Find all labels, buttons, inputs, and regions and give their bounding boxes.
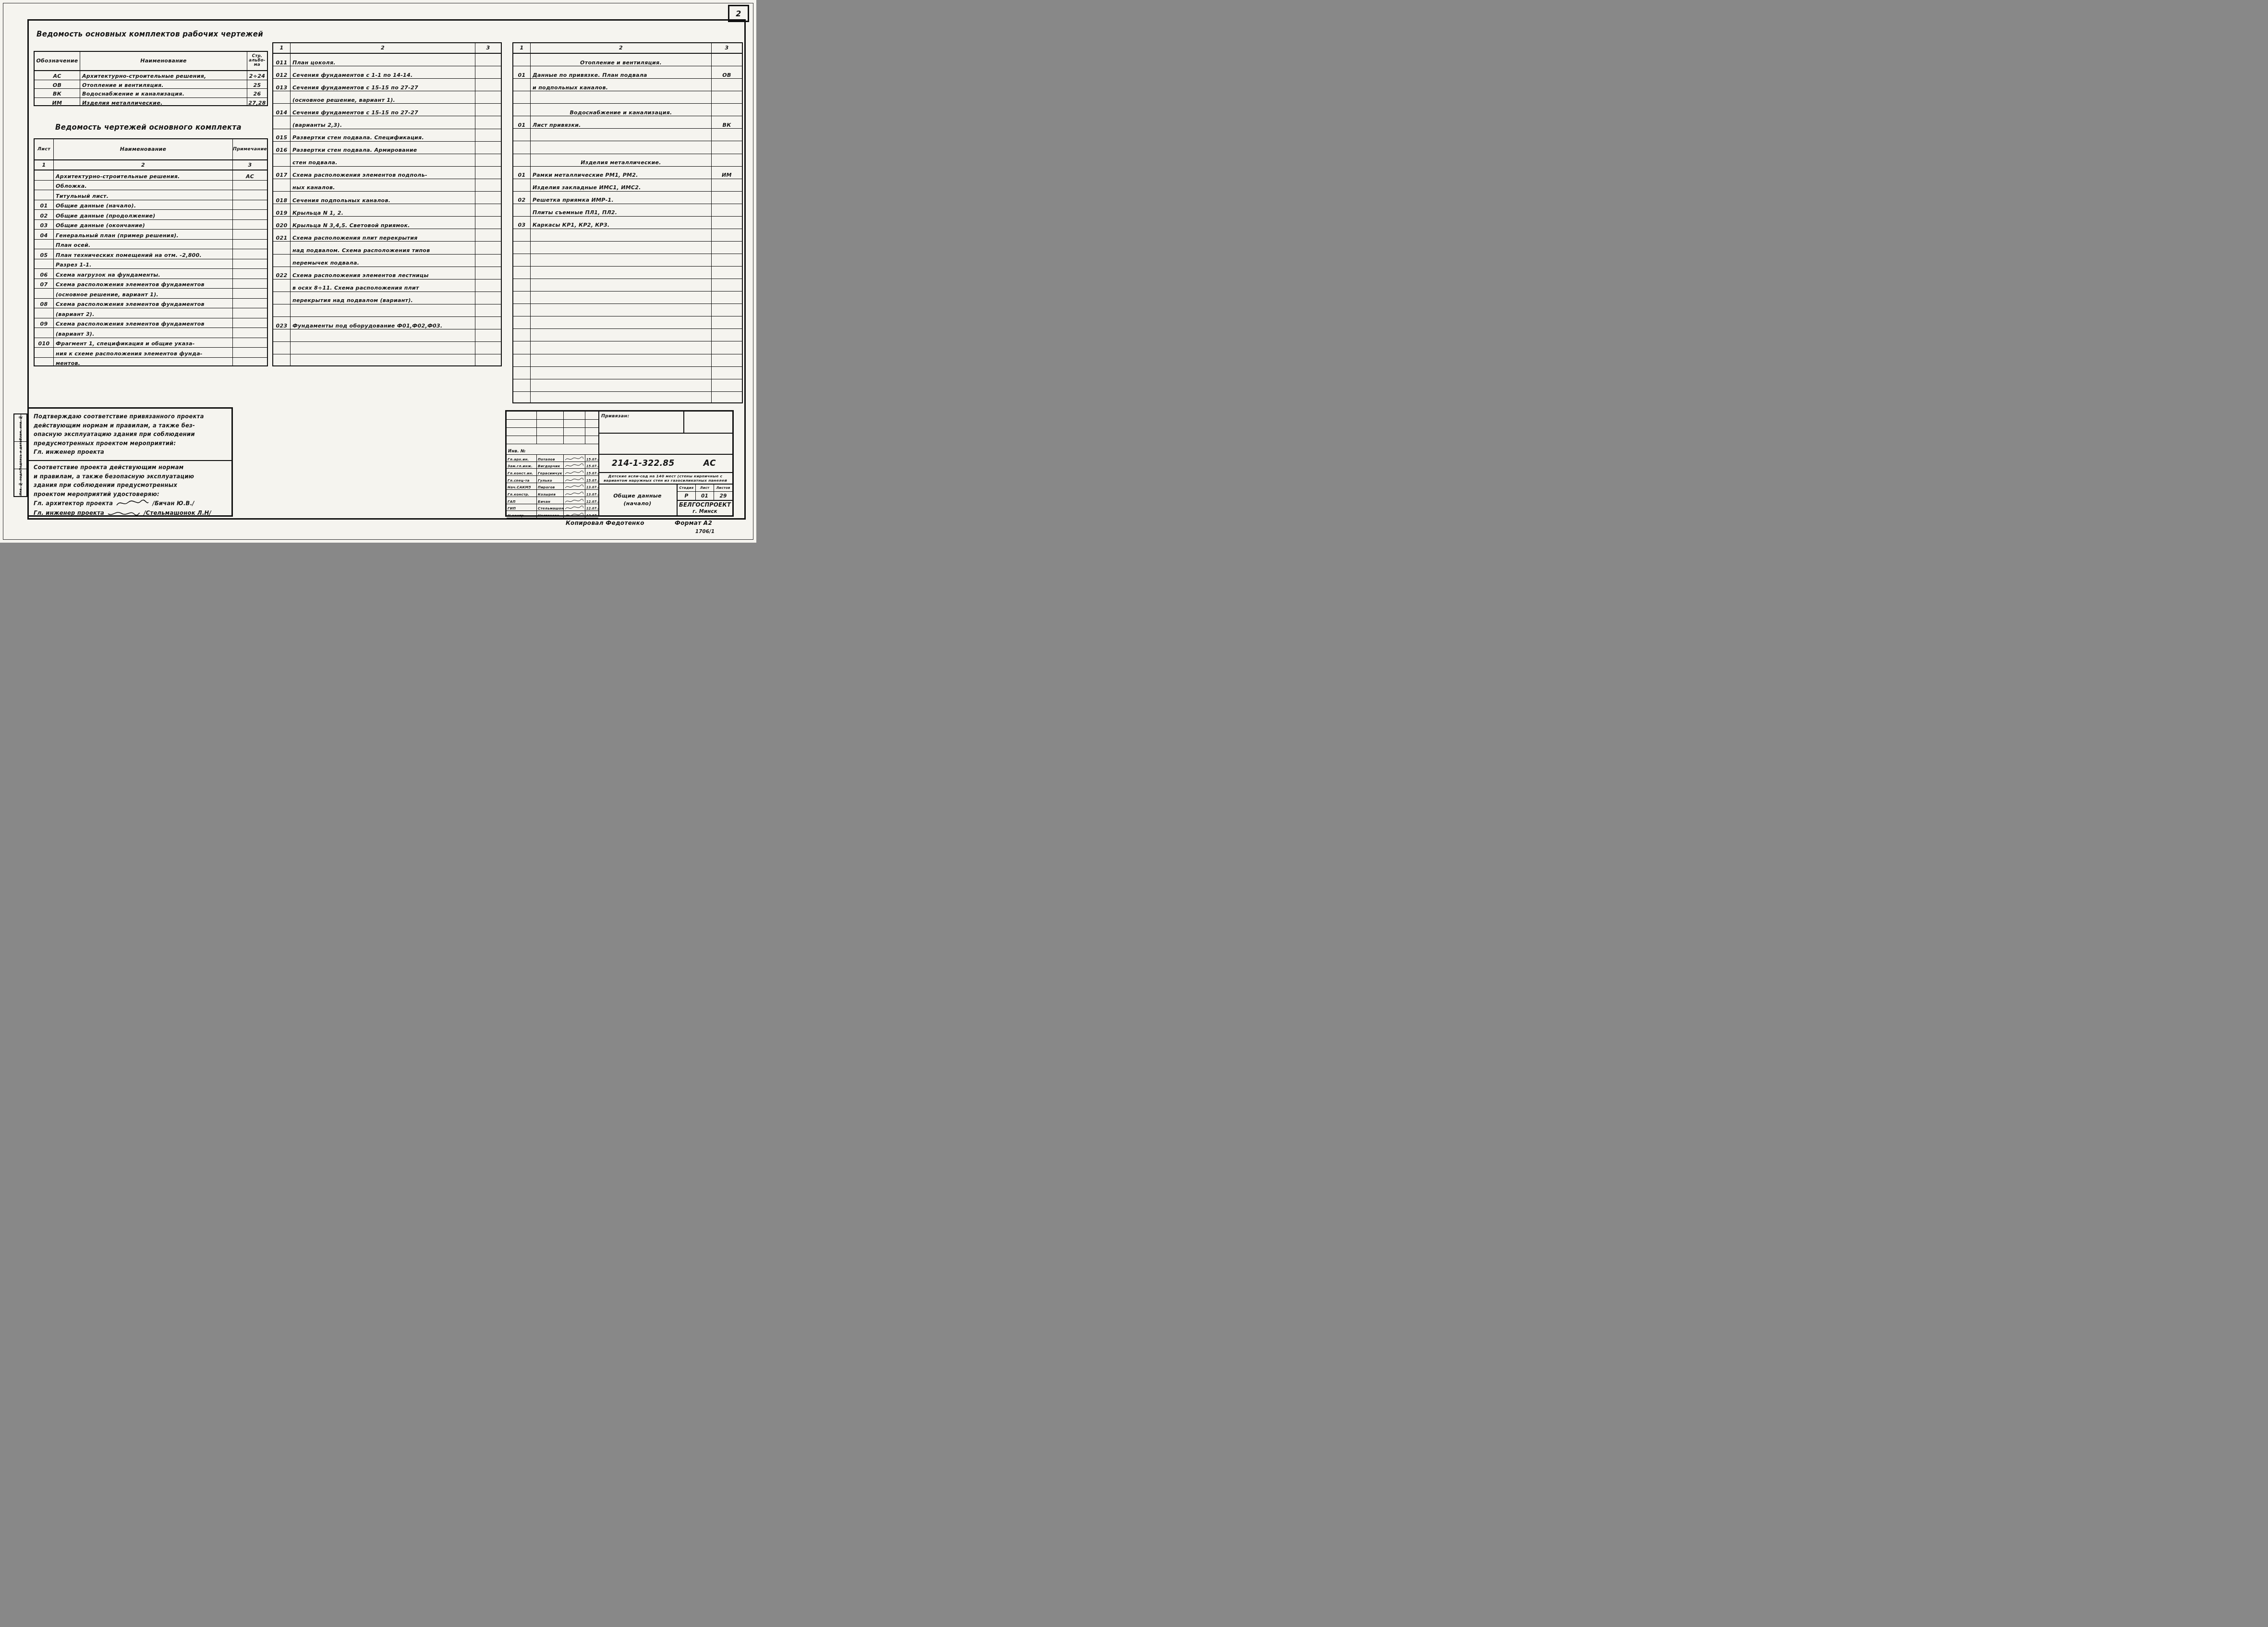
stage-table: Стадия Р Лист 01 Листов 29	[678, 485, 732, 501]
table-cell	[712, 354, 742, 366]
table-row: перекрытия над подвалом (вариант).	[273, 292, 501, 304]
table-cell: ментов.	[54, 358, 233, 367]
table-cell	[475, 342, 501, 354]
stamp-role: Гл.арх.ин.	[507, 455, 537, 462]
main-set-col-note: Примечание	[233, 139, 267, 159]
table-cell: АС	[233, 170, 267, 180]
table-row: 022Схема расположения элементов лестницы	[273, 267, 501, 279]
table-cell	[712, 304, 742, 316]
table-cell	[233, 210, 267, 219]
table-cell	[531, 129, 712, 141]
table-row	[513, 267, 742, 279]
table-cell: (вариант 3).	[54, 328, 233, 338]
table-cell: (вариант 2).	[54, 308, 233, 318]
table-row: 09Схема расположения элементов фундамент…	[35, 318, 267, 328]
stamp-date: 15.07.84	[585, 476, 598, 483]
stamp-signature-icon	[564, 511, 585, 518]
register-table-title: Ведомость основных комплектов рабочих че…	[36, 30, 263, 38]
table-cell	[513, 304, 531, 316]
column-numbers-row: 123	[273, 43, 501, 54]
table-cell	[712, 79, 742, 91]
table-cell: Крыльца N 3,4,5. Световой приямок.	[291, 217, 475, 229]
table-cell: Фундаменты под оборудование Ф01,Ф02,Ф03.	[291, 317, 475, 329]
table-cell: 01	[513, 167, 531, 179]
table-cell: ВК	[712, 116, 742, 128]
table-cell	[291, 342, 475, 354]
table-cell	[233, 338, 267, 348]
privyazan-label: Привязан:	[601, 413, 630, 419]
table-cell	[273, 279, 291, 291]
table-row: 02Общие данные (продолжение)	[35, 210, 267, 220]
table-row: 012Сечения фундаментов с 1-1 по 14-14.	[273, 66, 501, 79]
table-cell	[233, 279, 267, 289]
stamp-role: Гл.констр.	[507, 490, 537, 497]
table-row: 015Развертки стен подвала. Спецификация.	[273, 129, 501, 142]
table-cell	[475, 154, 501, 166]
stamp-date: 13.07.84	[585, 483, 598, 490]
stamp-empty-row	[598, 434, 732, 455]
table-cell	[513, 54, 531, 66]
table-cell	[513, 79, 531, 91]
text-line: Подтверждаю соответствие привязанного пр…	[34, 412, 228, 421]
table-cell: Изделия металлические.	[80, 98, 247, 106]
stamp-signature-icon	[564, 469, 585, 476]
table-cell: 019	[273, 204, 291, 216]
table-cell	[513, 91, 531, 103]
table-cell	[273, 304, 291, 316]
stage-value: Р	[678, 492, 695, 500]
table-cell: 021	[273, 229, 291, 241]
table-cell	[712, 141, 742, 153]
table-cell: Сечения подпольных каналов.	[291, 192, 475, 204]
table-cell: Данные по привязке. План подвала	[531, 66, 712, 78]
table-row: и подпольных каналов.	[513, 79, 742, 91]
table-cell	[531, 304, 712, 316]
stamp-role: Гл.спец-та	[507, 476, 537, 483]
table-row: 07Схема расположения элементов фундамент…	[35, 279, 267, 289]
table-row: (основное решение, вариант 1).	[35, 289, 267, 299]
table-cell	[273, 329, 291, 341]
engineer-signature-icon	[107, 509, 141, 517]
stamp-signature-icon	[564, 497, 585, 504]
table-cell: ИМ	[712, 167, 742, 179]
table-cell: 016	[273, 142, 291, 154]
table-cell	[273, 342, 291, 354]
table-row: 08Схема расположения элементов фундамент…	[35, 299, 267, 309]
title-block: Инв. № Гл.арх.ин.Потапов15.07.84Зам.гл.и…	[505, 410, 734, 517]
table-cell	[35, 348, 54, 357]
table-cell: Архитектурно-строительные решения,	[80, 71, 247, 80]
table-row: (основное решение, вариант 1).	[273, 91, 501, 104]
table-cell	[475, 267, 501, 279]
table-cell: Общие данные (продолжение)	[54, 210, 233, 219]
stamp-signature-icon	[564, 490, 585, 497]
register-col-name: Наименование	[80, 52, 247, 70]
table-row: 04Генеральный план (пример решения).	[35, 230, 267, 240]
table-cell: перекрытия над подвалом (вариант).	[291, 292, 475, 304]
drawing-sheet: 2 Ведомость основных комплектов рабочих …	[0, 0, 756, 543]
table-cell	[712, 154, 742, 166]
table-row: Архитектурно-строительные решения.АС	[35, 170, 267, 181]
stamp-signature-row: Гл.конст.ин.Герасимчук15.07.84	[507, 469, 598, 476]
stamp-name: Козырев	[537, 490, 564, 497]
stamp-signature-icon	[564, 483, 585, 490]
table-cell: Водоснабжение и канализация.	[531, 104, 712, 116]
table-row: (варианты 2,3).	[273, 116, 501, 129]
table-cell	[712, 217, 742, 229]
table-cell	[35, 328, 54, 338]
table-cell: Каркасы КР1, КР2, КР3.	[531, 217, 712, 229]
table-cell	[531, 279, 712, 291]
table-cell	[712, 91, 742, 103]
table-cell: АС	[35, 71, 80, 80]
table-cell: Схема расположения плит перекрытия	[291, 229, 475, 241]
table-cell	[233, 348, 267, 357]
table-cell	[475, 292, 501, 304]
stamp-role: ГАП	[507, 497, 537, 504]
table-cell	[712, 279, 742, 291]
continuation-table-middle: 123011План цоколя.012Сечения фундаментов…	[272, 42, 502, 366]
title-block-signature-grid: Инв. № Гл.арх.ин.Потапов15.07.84Зам.гл.и…	[507, 412, 598, 515]
table-cell: 03	[35, 220, 54, 230]
table-cell	[531, 141, 712, 153]
sheet-title: Общие данные(начало)	[598, 485, 678, 515]
table-cell: 03	[513, 217, 531, 229]
column-number: 3	[712, 43, 742, 53]
approval-note-2: Соответствие проекта действующим нормами…	[34, 463, 228, 498]
text-line: предусмотренных проектом мероприятий:	[34, 439, 228, 448]
stage-header: Стадия	[678, 485, 695, 492]
strip-cell: Инв. № подл.	[14, 469, 26, 496]
table-cell	[233, 299, 267, 308]
table-row: Изделия металлические.	[513, 154, 742, 167]
side-stamp-strip: Взам. инв. №Подпись и датаИнв. № подл.	[13, 413, 27, 497]
table-row: над подвалом. Схема расположения типов	[273, 242, 501, 254]
main-set-table-title: Ведомость чертежей основного комплекта	[55, 123, 242, 132]
table-cell: (основное решение, вариант 1).	[54, 289, 233, 298]
column-number: 3	[475, 43, 501, 53]
strip-cell: Подпись и дата	[14, 442, 26, 469]
table-row: Титульный лист.	[35, 190, 267, 200]
table-row: ных каналов.	[273, 179, 501, 192]
table-row	[513, 279, 742, 291]
table-row	[513, 329, 742, 341]
table-cell	[475, 167, 501, 179]
table-cell	[531, 291, 712, 304]
table-cell	[35, 358, 54, 367]
table-cell: перемычек подвала.	[291, 255, 475, 267]
table-cell	[475, 304, 501, 316]
table-cell	[475, 279, 501, 291]
table-cell: Лист привязки.	[531, 116, 712, 128]
register-col-designation: Обозначение	[35, 52, 80, 70]
table-row	[513, 229, 742, 242]
main-set-col-sheet: Лист	[35, 139, 54, 159]
table-cell	[513, 154, 531, 166]
table-row: 06Схема нагрузок на фундаменты.	[35, 269, 267, 279]
table-cell	[233, 190, 267, 200]
sheets-value: 29	[714, 492, 732, 500]
table-cell	[712, 179, 742, 191]
table-cell	[35, 289, 54, 298]
table-cell	[35, 190, 54, 200]
table-cell: 06	[35, 269, 54, 279]
table-cell	[531, 91, 712, 103]
text-line: Общие данные	[613, 492, 662, 500]
table-cell: Плиты съемные ПЛ1, ПЛ2.	[531, 204, 712, 216]
stamp-role: Нач.САКМ5	[507, 483, 537, 490]
stamp-name: Бичан	[537, 497, 564, 504]
text-line: Гл. инженер проекта	[34, 448, 228, 457]
table-row: 013Сечения фундаментов с 15-15 по 27-27	[273, 79, 501, 91]
signature-rows: Гл.арх.ин.Потапов15.07.84Зам.гл.инж.Вигд…	[507, 455, 598, 518]
table-cell: Сечения фундаментов с 15-15 по 27-27	[291, 79, 475, 91]
table-cell	[475, 129, 501, 141]
stamp-name: Стельмашонок	[537, 504, 564, 511]
table-row: ИМИзделия металлические.27,28	[35, 98, 267, 106]
table-cell	[475, 229, 501, 241]
table-row: стен подвала.	[273, 154, 501, 167]
table-row	[273, 354, 501, 366]
table-cell: ИМ	[35, 98, 80, 106]
table-cell: 02	[513, 192, 531, 204]
table-cell	[712, 291, 742, 304]
table-cell: План технических помещений на отм. -2,80…	[54, 249, 233, 259]
strip-cell: Взам. инв. №	[14, 414, 26, 442]
table-cell	[273, 154, 291, 166]
text-line: здания при соблюдении предусмотренных	[34, 481, 228, 490]
table-cell: Архитектурно-строительные решения.	[54, 170, 233, 180]
table-cell	[712, 341, 742, 353]
table-row: перемычек подвала.	[273, 255, 501, 267]
table-cell	[513, 392, 531, 403]
table-row: 010Фрагмент 1, спецификация и общие указ…	[35, 338, 267, 348]
stamp-signature-row: Гл.спец-таГулько15.07.84	[507, 476, 598, 483]
text-line: опасную эксплуатацию здания при соблюден…	[34, 430, 228, 439]
table-cell	[712, 129, 742, 141]
text-line: Соответствие проекта действующим нормам	[34, 463, 228, 472]
table-cell: 023	[273, 317, 291, 329]
table-cell: Отопление и вентиляция.	[80, 80, 247, 89]
table-cell	[513, 129, 531, 141]
table-cell: 2÷24	[247, 71, 267, 80]
table-cell	[513, 329, 531, 341]
table-cell: Рамки металлические РМ1, РМ2.	[531, 167, 712, 179]
table-cell	[273, 242, 291, 254]
table-row: Разрез 1-1.	[35, 259, 267, 269]
table-cell: 04	[35, 230, 54, 239]
table-row: План осей.	[35, 240, 267, 250]
table-cell	[513, 242, 531, 254]
table-cell	[475, 255, 501, 267]
column-number: 1	[35, 160, 54, 170]
table-cell: Отопление и вентиляция.	[531, 54, 712, 66]
table-cell	[35, 259, 54, 269]
table-cell: 017	[273, 167, 291, 179]
table-row: 014Сечения фундаментов с 15-15 по 27-27	[273, 104, 501, 116]
table-cell: Изделия закладные ИМС1, ИМС2.	[531, 179, 712, 191]
table-cell: Развертки стен подвала. Армирование	[291, 142, 475, 154]
table-cell: Схема расположения элементов фундаментов	[54, 279, 233, 289]
table-cell	[35, 240, 54, 249]
table-cell	[712, 379, 742, 391]
table-cell	[513, 379, 531, 391]
table-cell	[233, 249, 267, 259]
table-cell: 27,28	[247, 98, 267, 106]
stamp-signature-icon	[564, 455, 585, 462]
engineer-signature-line: Гл. инженер проекта /Стельмашонок Л.Н/	[34, 509, 228, 518]
table-cell	[475, 329, 501, 341]
table-cell: 09	[35, 318, 54, 328]
stamp-signature-row: ГАПБичан12.07.84	[507, 497, 598, 504]
table-cell	[531, 229, 712, 241]
stamp-role: Н.контр.	[507, 511, 537, 518]
table-row: 020Крыльца N 3,4,5. Световой приямок.	[273, 217, 501, 229]
table-cell	[475, 217, 501, 229]
table-cell: Схема расположения элементов фундаментов	[54, 318, 233, 328]
table-cell: 01	[35, 200, 54, 210]
doc-number-row: 214-1-322.85 АС	[598, 455, 732, 473]
register-table: Обозначение Наименование Стр. альбо- ма …	[34, 51, 268, 106]
stamp-date: 12.07.84	[585, 497, 598, 504]
table-cell	[712, 54, 742, 66]
project-description: Детские ясли-сад на 140 мест (стены кирп…	[598, 473, 732, 485]
engineer-name: /Стельмашонок Л.Н/	[144, 509, 211, 518]
table-cell	[712, 229, 742, 241]
table-row	[513, 141, 742, 154]
table-cell: 011	[273, 54, 291, 66]
table-cell: стен подвала.	[291, 154, 475, 166]
column-number: 2	[54, 160, 233, 170]
register-col-page: Стр. альбо- ма	[247, 52, 267, 70]
table-row	[273, 329, 501, 342]
table-row	[273, 304, 501, 317]
table-row: 01Данные по привязке. План подвалаОВ	[513, 66, 742, 79]
table-cell: и подпольных каналов.	[531, 79, 712, 91]
table-cell	[712, 316, 742, 328]
table-cell: ОВ	[35, 80, 80, 89]
table-cell	[233, 259, 267, 269]
table-row	[513, 254, 742, 267]
table-cell: Сечения фундаментов с 1-1 по 14-14.	[291, 66, 475, 78]
stamp-name: Вигдорчик	[537, 462, 564, 469]
table-cell: Сечения фундаментов с 15-15 по 27-27	[291, 104, 475, 116]
table-row	[513, 354, 742, 367]
stamp-date: 15.07.84	[585, 455, 598, 462]
table-cell: План осей.	[54, 240, 233, 249]
table-cell	[531, 367, 712, 379]
table-cell	[35, 181, 54, 190]
privyazan-row: Привязан:	[598, 412, 732, 434]
table-row	[513, 291, 742, 304]
table-cell: 01	[513, 116, 531, 128]
table-row: 03Каркасы КР1, КР2, КР3.	[513, 217, 742, 229]
table-cell: ОВ	[712, 66, 742, 78]
format-note: Формат А2	[675, 520, 712, 526]
table-cell: 02	[35, 210, 54, 219]
stamp-name: Потапов	[537, 455, 564, 462]
column-number: 2	[531, 43, 712, 53]
text-line: действующим нормам и правилам, а также б…	[34, 421, 228, 430]
table-cell: Решетка приямка ИМР-1.	[531, 192, 712, 204]
table-cell	[273, 116, 291, 128]
table-cell	[233, 200, 267, 210]
table-cell	[513, 341, 531, 353]
table-cell	[531, 316, 712, 328]
stamp-signature-icon	[564, 476, 585, 483]
table-cell	[475, 192, 501, 204]
strip-label: Инв. № подл.	[14, 469, 26, 496]
table-cell	[475, 179, 501, 191]
table-cell	[531, 379, 712, 391]
table-cell	[513, 104, 531, 116]
table-cell	[233, 289, 267, 298]
table-cell	[475, 204, 501, 216]
text-line: и правилам, а также безопасную эксплуата…	[34, 472, 228, 481]
architect-role: Гл. архитектор проекта	[34, 499, 113, 508]
doc-number: 214-1-322.85	[612, 459, 675, 468]
table-cell	[475, 91, 501, 103]
table-row: ния к схеме расположения элементов фунда…	[35, 348, 267, 358]
table-cell	[513, 279, 531, 291]
table-cell: Общие данные (окончание)	[54, 220, 233, 230]
table-cell	[475, 66, 501, 78]
stamp-signature-row: Гл.арх.ин.Потапов15.07.84	[507, 455, 598, 462]
table-cell	[513, 316, 531, 328]
table-cell	[531, 354, 712, 366]
table-cell: Обложка.	[54, 181, 233, 190]
table-cell	[712, 104, 742, 116]
table-row: 021Схема расположения плит перекрытия	[273, 229, 501, 242]
table-cell: Крыльца N 1, 2.	[291, 204, 475, 216]
table-cell	[712, 329, 742, 341]
table-cell	[291, 354, 475, 366]
table-row: Отопление и вентиляция.	[513, 54, 742, 66]
column-number: 1	[273, 43, 291, 53]
main-set-col-name: Наименование	[54, 139, 233, 159]
table-cell	[233, 230, 267, 239]
table-cell	[475, 142, 501, 154]
table-cell	[531, 392, 712, 403]
stamp-date: 15.07.84	[585, 462, 598, 469]
table-cell	[233, 358, 267, 367]
doc-code-note: 1706/1	[695, 529, 715, 534]
table-cell: ных каналов.	[291, 179, 475, 191]
stamp-date: 13.07.84	[585, 490, 598, 497]
table-cell: 26	[247, 89, 267, 97]
table-row: в осях 8÷11. Схема расположения плит	[273, 279, 501, 292]
table-row: 03Общие данные (окончание)	[35, 220, 267, 230]
table-cell	[712, 392, 742, 403]
table-cell	[513, 204, 531, 216]
column-numbers-row: 123	[513, 43, 742, 54]
organization-city: г. Минск	[692, 509, 717, 515]
table-cell: над подвалом. Схема расположения типов	[291, 242, 475, 254]
architect-name: /Бичан Ю.В./	[152, 499, 194, 508]
table-row	[513, 242, 742, 254]
table-cell	[531, 341, 712, 353]
table-cell: Схема расположения элементов фундаментов	[54, 299, 233, 308]
table-row: (вариант 2).	[35, 308, 267, 318]
table-cell: 08	[35, 299, 54, 308]
table-row	[513, 379, 742, 392]
table-row: ментов.	[35, 358, 267, 367]
table-cell: 013	[273, 79, 291, 91]
table-cell	[291, 329, 475, 341]
table-cell	[273, 292, 291, 304]
table-cell	[513, 254, 531, 266]
table-cell: План цоколя.	[291, 54, 475, 66]
